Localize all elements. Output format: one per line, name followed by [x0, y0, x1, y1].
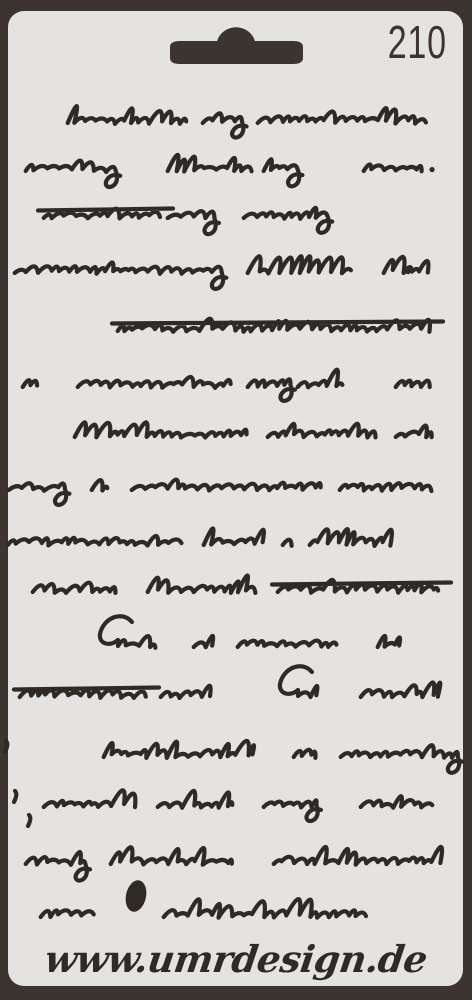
- handwriting-stroke: [148, 575, 256, 592]
- website-text: www.umrdesign.de: [0, 941, 472, 978]
- handwriting-stroke: [28, 815, 30, 826]
- handwriting-stroke: [26, 161, 121, 187]
- handwriting-blob: [123, 878, 149, 913]
- handwriting-stroke: [264, 159, 303, 186]
- handwriting-stroke: [68, 106, 187, 124]
- handwriting-stroke: [238, 641, 337, 647]
- handwriting-stroke: [280, 666, 317, 697]
- handwriting-stroke: [8, 536, 182, 545]
- handwriting-stroke: [272, 580, 451, 593]
- handwriting-stroke: [248, 256, 351, 273]
- handwriting-stroke: [361, 682, 441, 697]
- handwriting-stroke: [33, 583, 116, 593]
- stencil-sheet: 210 www.umrdesign.de: [0, 0, 472, 1000]
- handwriting-stroke: [44, 790, 136, 807]
- handwriting-stroke: [298, 370, 343, 388]
- handwriting-stroke: [310, 529, 392, 546]
- handwriting-stroke: [396, 381, 430, 387]
- handwriting-stroke: [132, 480, 321, 491]
- handwriting-stroke: [111, 847, 232, 865]
- handwriting-stroke: [161, 686, 211, 698]
- handwriting-stroke: [104, 741, 254, 758]
- handwriting-stroke: [41, 910, 94, 917]
- hanger-tab-cutout: [170, 27, 303, 64]
- handwriting-stroke: [361, 796, 433, 808]
- handwriting-stroke: [274, 847, 442, 865]
- handwriting-stroke: [340, 483, 432, 491]
- handwriting-stroke: [5, 741, 7, 752]
- handwriting-stroke: [38, 209, 173, 219]
- handwriting-stroke: [75, 422, 247, 437]
- stencil-art: [0, 0, 472, 1000]
- handwriting-stroke: [264, 800, 321, 821]
- handwriting-stroke: [14, 791, 16, 802]
- handwriting-stroke: [396, 426, 432, 438]
- handwriting-stroke: [429, 167, 434, 172]
- handwriting-stroke: [341, 745, 463, 772]
- handwriting-stroke: [258, 108, 426, 123]
- handwriting-stroke: [168, 155, 252, 172]
- handwriting-stroke: [168, 211, 219, 234]
- handwriting-stroke: [78, 377, 231, 388]
- handwriting-stroke: [100, 616, 156, 648]
- handwriting-stroke: [283, 540, 292, 546]
- handwriting-stroke: [26, 852, 90, 881]
- handwriting-stroke: [204, 529, 264, 545]
- product-number: 210: [388, 19, 447, 65]
- handwriting-stroke: [405, 269, 410, 274]
- handwriting-stroke: [248, 379, 295, 400]
- handwriting-scrawl: [5, 106, 462, 918]
- handwriting-stroke: [23, 380, 37, 387]
- handwriting-stroke: [194, 636, 213, 647]
- handwriting-stroke: [164, 899, 366, 918]
- handwriting-stroke: [92, 480, 108, 490]
- handwriting-stroke: [378, 636, 400, 647]
- handwriting-stroke: [294, 750, 316, 758]
- handwriting-stroke: [9, 483, 70, 505]
- handwriting-stroke: [15, 262, 227, 288]
- handwriting-stroke: [158, 791, 233, 808]
- handwriting-stroke: [364, 164, 422, 171]
- handwriting-stroke: [112, 319, 443, 332]
- handwriting-stroke: [268, 424, 376, 438]
- handwriting-stroke: [203, 113, 247, 137]
- handwriting-stroke: [244, 208, 333, 233]
- handwriting-stroke: [14, 688, 159, 698]
